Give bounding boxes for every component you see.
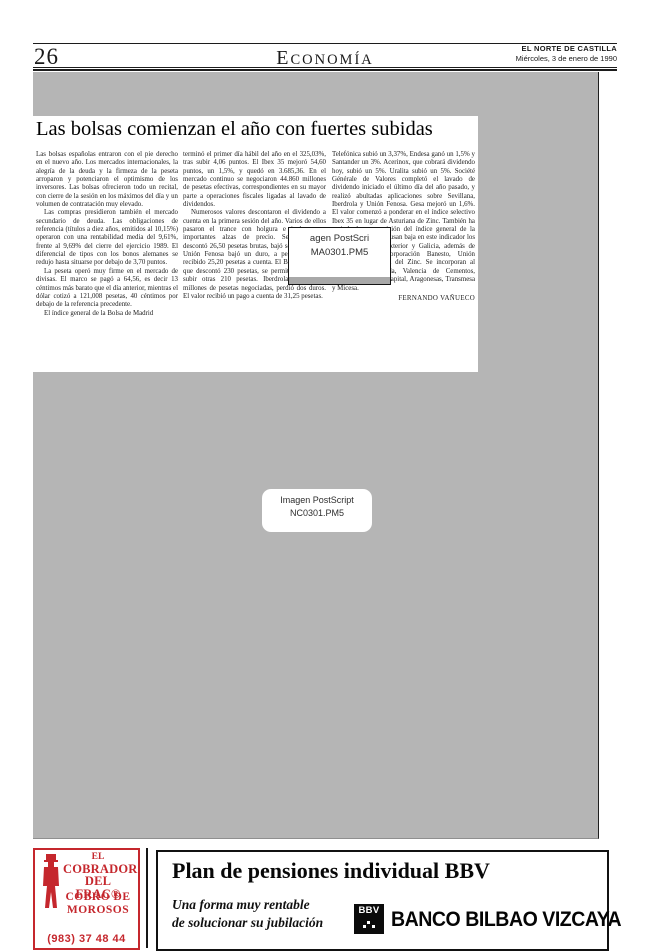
article-byline: FERNANDO VAÑUECO: [332, 295, 475, 303]
placeholder-shadow-bar: [289, 277, 390, 284]
article-column-1: Las bolsas españolas entraron con el pie…: [36, 151, 178, 318]
section-title-initial: E: [276, 47, 290, 69]
paragraph: La peseta operó muy firme en el mercado …: [36, 268, 178, 310]
ad-divider-rule: [146, 848, 148, 948]
bbv-ad-headline: Plan de pensiones individual BBV: [172, 858, 490, 884]
cobrador-del-frac-ad: EL COBRADOR DEL FRAC® COBRO DE MOROSOS (…: [33, 848, 140, 950]
masthead: EL NORTE DE CASTILLA: [522, 44, 617, 53]
placeholder-filename: NC0301.PM5: [262, 508, 372, 518]
bbv-tagline-line2: de solucionar su jubilación: [172, 915, 323, 930]
header-mid-rule: [33, 67, 617, 68]
newspaper-page: 26 ECONOMÍA EL NORTE DE CASTILLA Miércol…: [0, 0, 650, 951]
cobrador-service: COBRO DE MOROSOS: [61, 891, 135, 916]
frac-man-icon: [39, 854, 63, 910]
paragraph: Las bolsas españolas entraron con el pie…: [36, 151, 178, 209]
bbv-bank-name: BANCO BILBAO VIZCAYA: [391, 908, 621, 932]
header-thick-rule: [33, 69, 617, 71]
paragraph: terminó el primer día hábil del año en e…: [183, 151, 326, 209]
paragraph: Las compras presidieron también el merca…: [36, 209, 178, 267]
bbv-ad-tagline: Una forma muy rentable de solucionar su …: [172, 896, 323, 931]
cobrador-service-line2: MOROSOS: [67, 904, 129, 916]
cobrador-service-line1: COBRO DE: [65, 891, 130, 903]
bbv-pension-ad: Plan de pensiones individual BBV Una for…: [156, 850, 609, 951]
article: Las bolsas comienzan el año con fuertes …: [33, 116, 478, 372]
issue-date: Miércoles, 3 de enero de 1990: [516, 54, 617, 63]
article-headline: Las bolsas comienzan el año con fuertes …: [36, 118, 478, 141]
placeholder-caption: Imagen PostScript: [262, 495, 372, 505]
placeholder-caption: agen PostScri: [289, 233, 390, 244]
postscript-placeholder-center: Imagen PostScript NC0301.PM5: [262, 489, 372, 532]
bbv-tagline-line1: Una forma muy rentable: [172, 897, 310, 912]
bbv-logo-pattern: [363, 925, 366, 928]
placeholder-filename: MA0301.PM5: [289, 247, 390, 258]
bbv-logo-icon: BBV: [354, 904, 384, 934]
bbv-logo-pattern: [372, 925, 375, 928]
bbv-logo-pattern: [367, 921, 370, 924]
paragraph: El índice general de la Bolsa de Madrid: [36, 310, 178, 318]
section-title-rest: CONOMÍA: [290, 52, 373, 68]
bbv-logo-text: BBV: [354, 905, 384, 916]
cobrador-phone: (983) 37 48 44: [35, 933, 138, 945]
postscript-placeholder-inline: agen PostScri MA0301.PM5: [288, 227, 391, 285]
